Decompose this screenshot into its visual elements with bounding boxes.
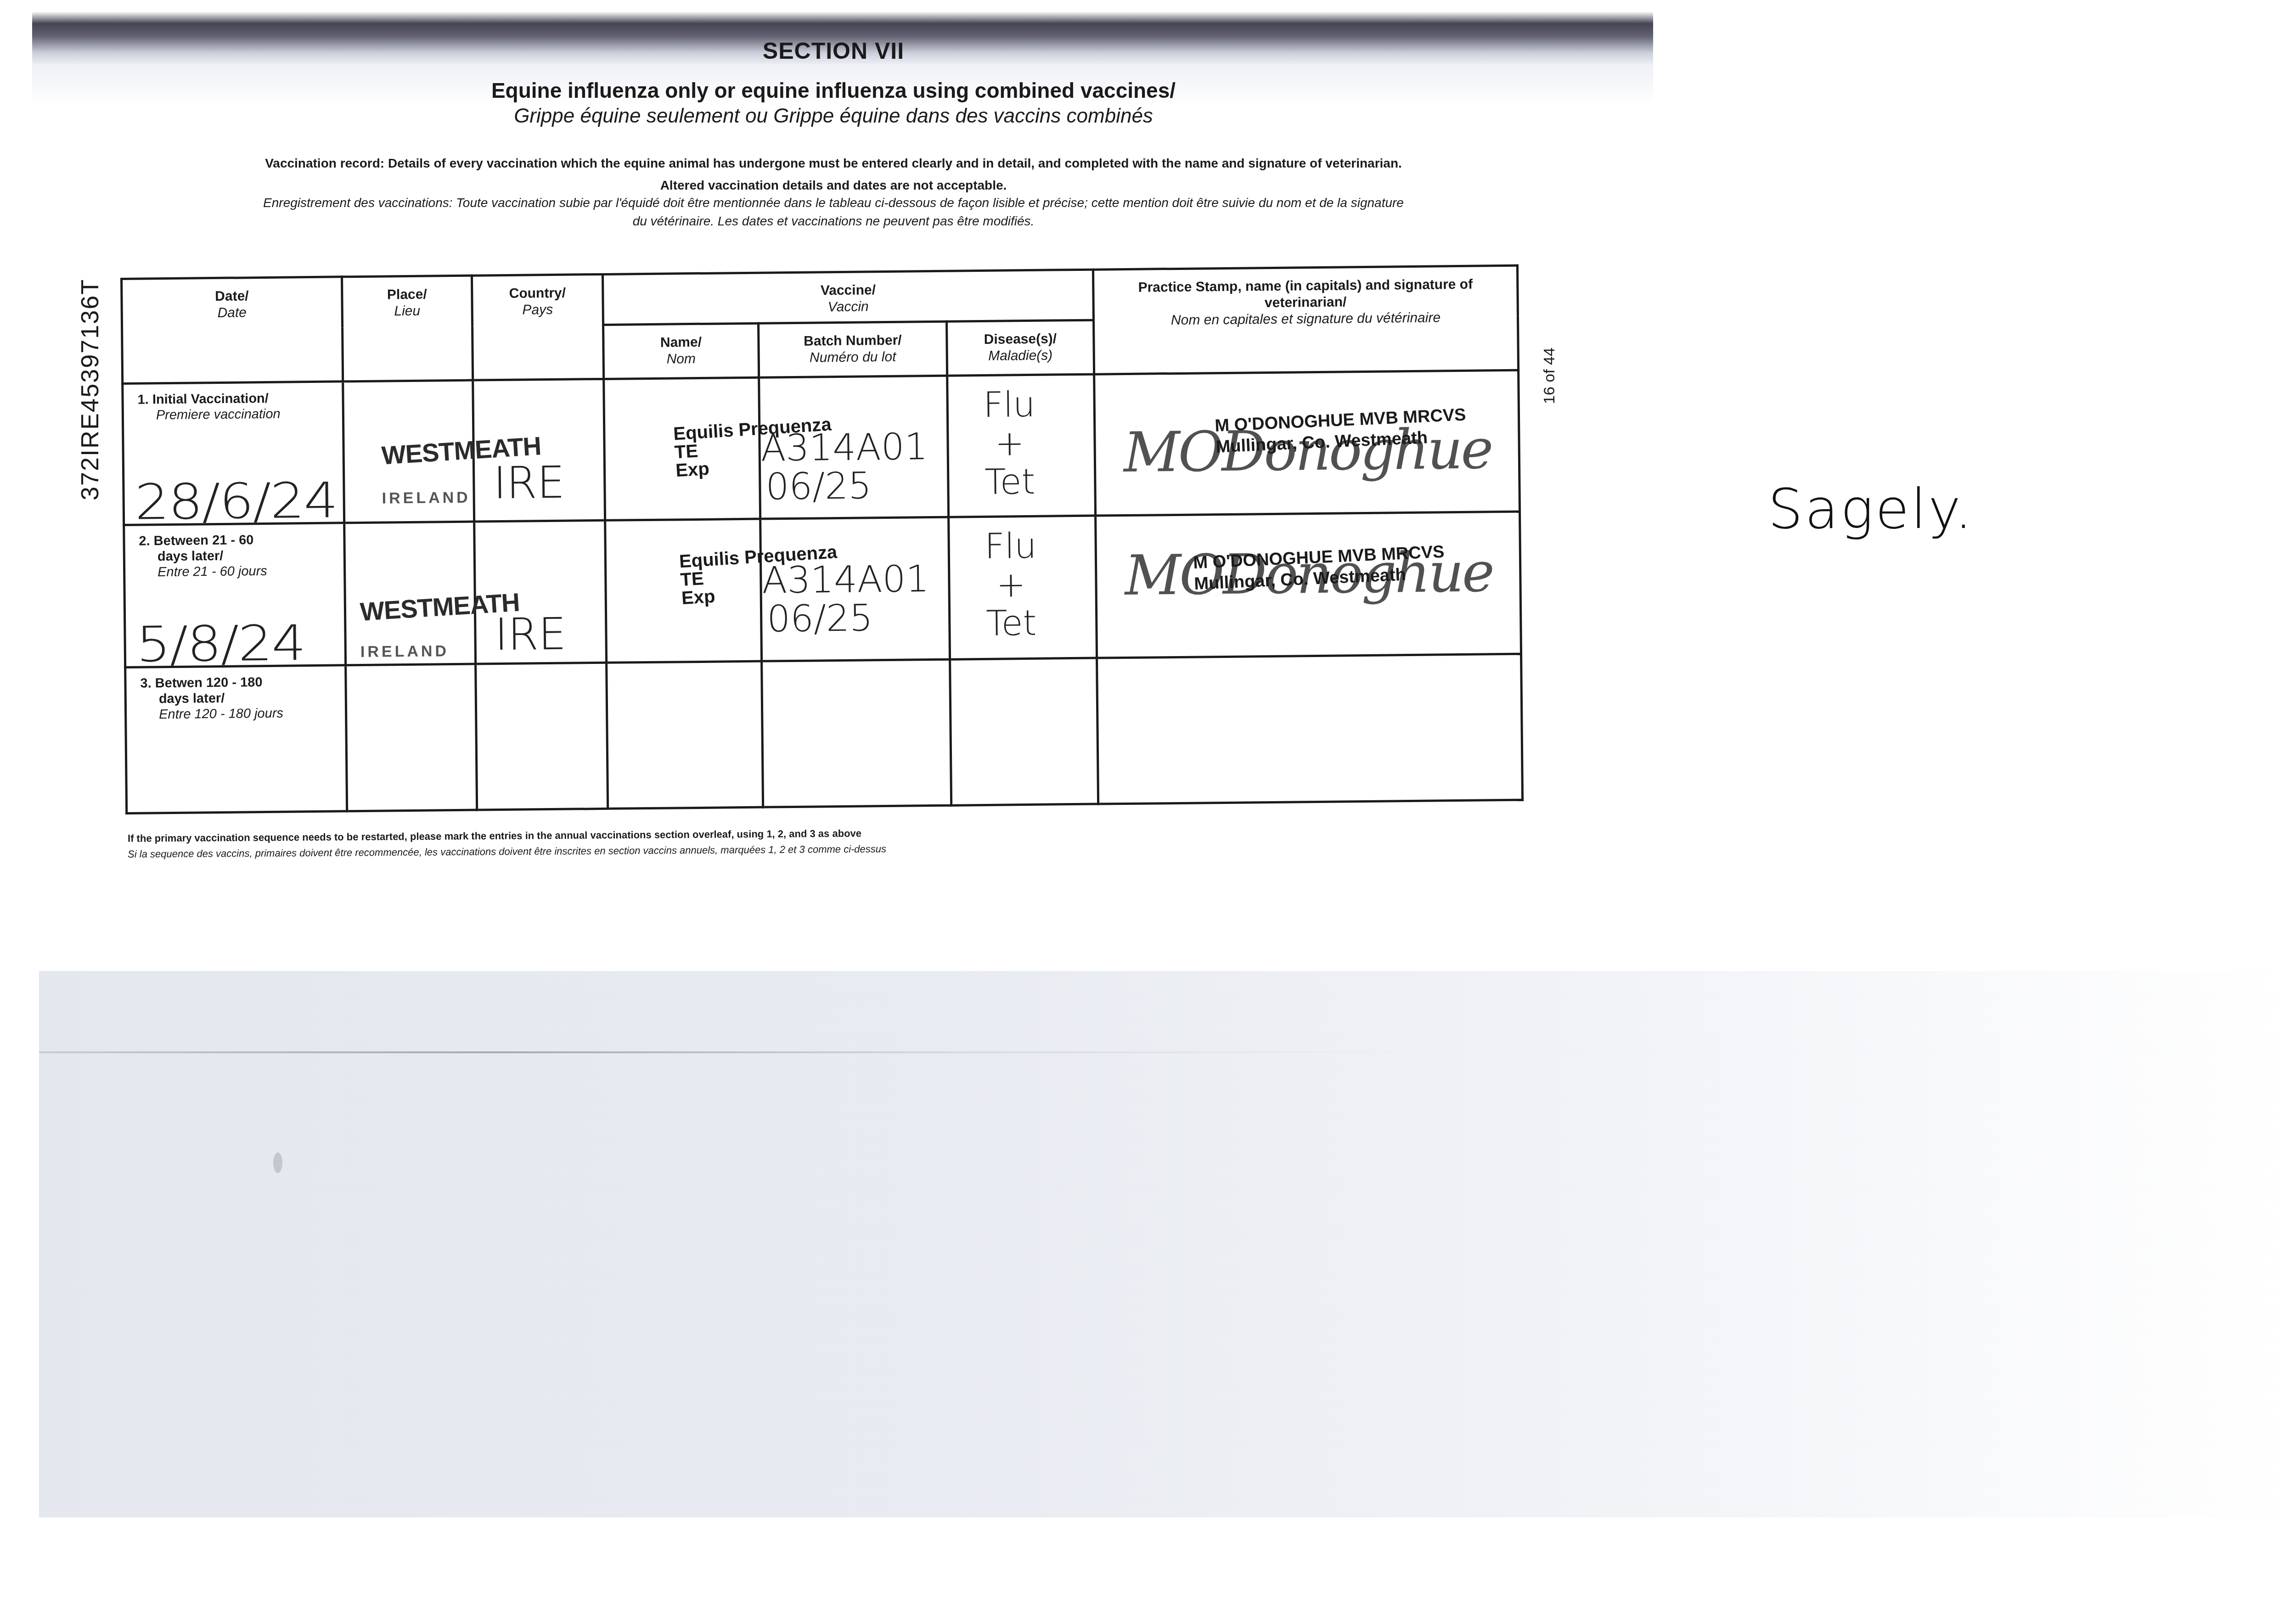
header-diseases: Disease(s)/Maladie(s) <box>946 320 1094 376</box>
table-row: 3. Betwen 120 - 180 days later/ Entre 12… <box>125 654 1523 813</box>
handwritten-diseases: Flu+Tet <box>958 385 1060 501</box>
country-cell <box>476 663 608 810</box>
vet-stamp-cell <box>1097 654 1523 804</box>
place-stamp-faded: IRELAND <box>382 489 470 508</box>
place-stamp-faded: IRELAND <box>360 642 449 661</box>
handwritten-margin-note: Sagely. <box>1768 477 1974 541</box>
smudge-mark <box>273 1152 282 1173</box>
handwritten-date: 28/6/24 <box>135 493 338 509</box>
vaccine-name-cell: Equilis PrequenzaTEExp <box>604 377 760 520</box>
table-row: 2. Between 21 - 60 days later/ Entre 21 … <box>124 511 1521 667</box>
header-practice-stamp: Practice Stamp, name (in capitals) and s… <box>1093 265 1518 374</box>
header-vaccine-name: Name/Nom <box>603 323 759 379</box>
footnote-en: If the primary vaccination sequence need… <box>128 827 861 844</box>
vet-stamp-cell: MODonoghue M O'DONOGHUE MVB MRCVSMulling… <box>1096 511 1521 658</box>
header-country: Country/Pays <box>472 274 603 380</box>
vaccination-table: Date/Date Place/Lieu Country/Pays Vaccin… <box>120 264 1524 814</box>
batch-cell: A314A0106/25 <box>759 376 949 519</box>
handwritten-country: IRE <box>495 608 567 660</box>
page-fold-line <box>39 1051 1417 1053</box>
main-title-french: Grippe équine seulement ou Grippe équine… <box>0 105 1667 128</box>
header-batch-number: Batch Number/Numéro du lot <box>759 321 947 377</box>
header-date: Date/Date <box>122 277 343 384</box>
batch-cell <box>762 659 951 807</box>
handwritten-diseases: Flu+Tet <box>960 526 1062 643</box>
batch-cell: A314A0106/25 <box>760 517 950 661</box>
page-indicator: 16 of 44 <box>1541 348 1559 404</box>
header-vaccine: Vaccine/Vaccin <box>602 270 1093 325</box>
handwritten-date: 5/8/24 <box>136 636 305 651</box>
place-cell: WESTMEATH IRELAND <box>344 522 476 665</box>
disease-cell <box>950 658 1098 805</box>
instruction-en: Vaccination record: Details of every vac… <box>0 156 1667 171</box>
vaccine-name-cell: Equilis PrequenzaTEExp <box>605 519 762 663</box>
header-place: Place/Lieu <box>342 275 473 382</box>
handwritten-batch: A314A0106/25 <box>762 560 930 638</box>
place-cell: WESTMEATH IRELAND <box>343 380 474 523</box>
disease-cell: Flu+Tet <box>949 516 1097 659</box>
date-cell: 2. Between 21 - 60 days later/ Entre 21 … <box>124 523 346 668</box>
handwritten-country: IRE <box>493 457 565 509</box>
place-cell <box>346 664 477 811</box>
vaccine-name-cell <box>607 661 763 809</box>
table-row: 1. Initial Vaccination/ Premiere vaccina… <box>123 370 1520 525</box>
instruction-en-2: Altered vaccination details and dates ar… <box>0 178 1667 193</box>
date-cell: 3. Betwen 120 - 180 days later/ Entre 12… <box>125 665 347 814</box>
handwritten-batch: A314A0106/25 <box>760 427 929 506</box>
passport-id-vertical: 372IRE45397136T <box>76 279 104 500</box>
country-cell: IRE <box>474 520 607 664</box>
country-cell: IRE <box>473 379 605 522</box>
section-title: SECTION VII <box>0 38 1667 64</box>
main-title: Equine influenza only or equine influenz… <box>0 78 1667 103</box>
instruction-fr-2: du vétérinaire. Les dates et vaccination… <box>0 214 1667 229</box>
vet-stamp-cell: MODonoghue M O'DONOGHUE MVB MRCVSMulling… <box>1094 370 1520 516</box>
disease-cell: Flu+Tet <box>947 374 1096 517</box>
footnote-fr: Si la sequence des vaccins, primaires do… <box>128 843 886 860</box>
date-cell: 1. Initial Vaccination/ Premiere vaccina… <box>123 382 344 525</box>
instruction-fr: Enregistrement des vaccinations: Toute v… <box>0 196 1667 210</box>
